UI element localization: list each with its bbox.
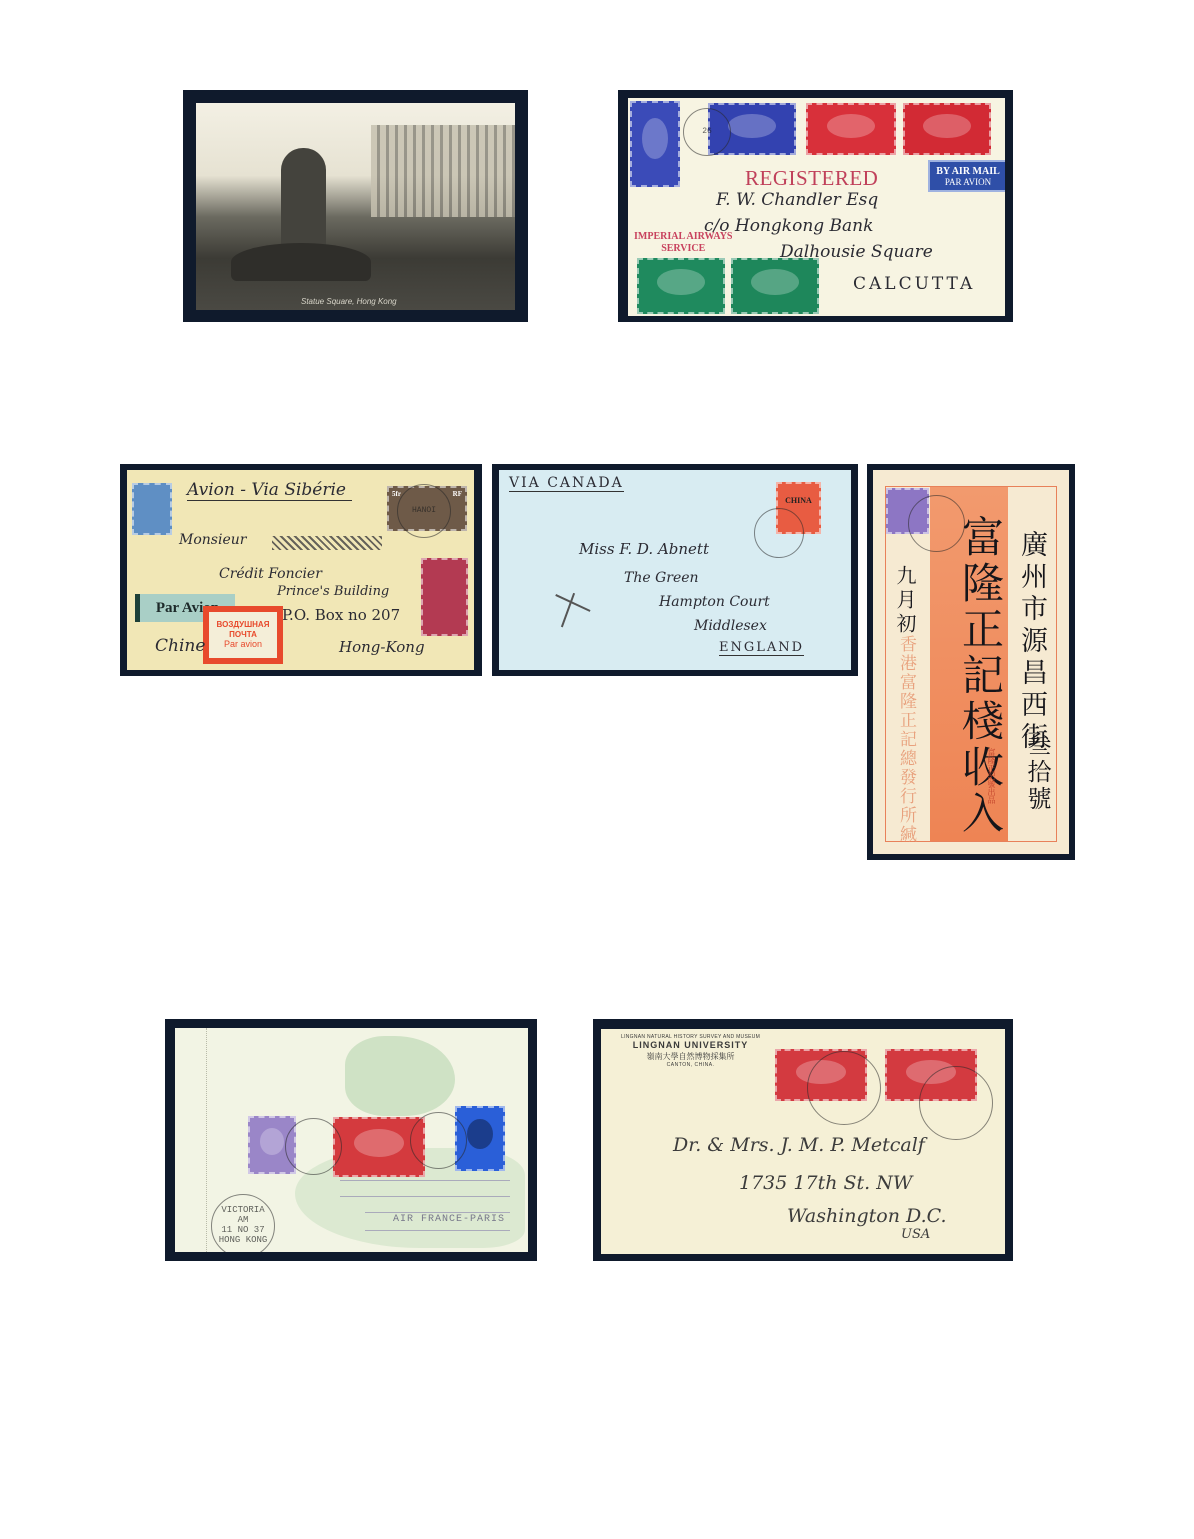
stamp-airmail-france — [421, 558, 468, 636]
monument-base — [231, 243, 371, 281]
address-rule-4 — [365, 1230, 510, 1231]
postmark-2 — [919, 1066, 993, 1140]
stamp-15c-1 — [806, 103, 896, 155]
stamp-5fr-country: RF — [453, 490, 462, 498]
postcard-frame: Statue Square, Hong Kong — [183, 90, 528, 322]
letterhead-line4: CANTON, CHINA. — [621, 1062, 760, 1068]
address-line-1: Miss F. D. Abnett — [579, 540, 709, 558]
address-rule-1 — [340, 1180, 510, 1181]
date-note: 九月初 — [895, 565, 915, 637]
address-line-2: Crédit Foncier — [219, 566, 322, 582]
postmark — [754, 508, 804, 558]
cachet-line1: IMPERIAL AIRWAYS — [634, 231, 732, 243]
postmark-place: HONG KONG — [219, 1236, 268, 1246]
letterhead-line2: LINGNAN UNIVERSITY — [621, 1040, 760, 1051]
monument-dome — [281, 148, 326, 258]
address-line-1: F. W. Chandler Esq — [716, 190, 878, 210]
postmark-1 — [285, 1118, 342, 1175]
printed-sender: 香港富隆正記總發行所緘 — [897, 635, 914, 844]
stamp-25c-vertical — [630, 101, 680, 187]
country-note: Chine — [155, 636, 205, 656]
building-facade — [371, 125, 515, 217]
air-france-cover: VICTORIA AM 11 NO 37 HONG KONG AIR FRANC… — [175, 1028, 528, 1252]
stamp-4c-1 — [637, 258, 725, 314]
stamp-sower — [132, 483, 172, 535]
airmail-label: BY AIR MAIL PAR AVION — [928, 160, 1005, 192]
address-line-4: P.O. Box no 207 — [282, 606, 400, 624]
imperial-airways-cachet: IMPERIAL AIRWAYS SERVICE — [634, 231, 732, 254]
address-text-col-1: 廣州市源昌西街 — [1018, 530, 1045, 754]
air-france-cover-frame: VICTORIA AM 11 NO 37 HONG KONG AIR FRANC… — [165, 1019, 537, 1261]
russian-label-line2: ПОЧТА — [229, 630, 257, 640]
stamp-4c-2 — [731, 258, 819, 314]
postmark-hanoi: HANOI — [397, 484, 451, 538]
lingnan-cover: LINGNAN NATURAL HISTORY SURVEY AND MUSEU… — [601, 1029, 1005, 1254]
routing-note: Avion - Via Sibérie — [187, 480, 352, 501]
postcard-photo: Statue Square, Hong Kong — [196, 103, 515, 310]
postmark-victoria: VICTORIA AM 11 NO 37 HONG KONG — [211, 1194, 275, 1252]
address-line-2: The Green — [624, 570, 699, 586]
address-monsieur: Monsieur — [179, 532, 246, 548]
cachet-line2: SERVICE — [634, 243, 732, 255]
address-line-5: Hong-Kong — [339, 638, 425, 656]
address-text-col-2: 叁拾號 — [1025, 732, 1049, 813]
overprint-text: CHINA — [785, 496, 812, 505]
map-europe-shape — [345, 1036, 455, 1116]
address-rule-2 — [340, 1196, 510, 1197]
airmail-label-line2: PAR AVION — [945, 177, 991, 187]
address-line-4: CALCUTTA — [853, 274, 975, 294]
lingnan-cover-frame: LINGNAN NATURAL HISTORY SURVEY AND MUSEU… — [593, 1019, 1013, 1261]
registered-cover-frame: 26 REGISTERED BY AIR MAIL PAR AVION F. W… — [618, 90, 1013, 322]
siberia-cover-frame: Avion - Via Sibérie 5fr RF HANOI Monsieu… — [120, 464, 482, 676]
address-line-2: 1735 17th St. NW — [739, 1172, 912, 1194]
crossed-out-name — [272, 536, 382, 550]
chinese-cover-frame: 富隆正記棧收入 廣州市源昌西街 叁拾號 九月初 香港富隆正記總發行所緘 富隆正記… — [867, 464, 1075, 860]
stamp-15c-2 — [903, 103, 991, 155]
canada-cover-frame: VIA CANADA CHINA Miss F. D. Abnett The G… — [492, 464, 858, 676]
address-rule-3 — [365, 1212, 510, 1213]
address-line-3: Prince's Building — [277, 584, 389, 599]
address-line-3: Washington D.C. — [787, 1205, 947, 1227]
postmark-2 — [410, 1112, 467, 1169]
address-line-5: ENGLAND — [719, 640, 804, 656]
russian-label-line1: ВОЗДУШНАЯ — [217, 620, 270, 630]
airmail-label-line1: BY AIR MAIL — [936, 166, 1000, 177]
russian-label-line3: Par avion — [224, 639, 262, 650]
postmark-registered: 26 — [683, 108, 731, 156]
perforation-edge — [206, 1028, 207, 1252]
letterhead: LINGNAN NATURAL HISTORY SURVEY AND MUSEU… — [621, 1034, 760, 1068]
address-line-1: Dr. & Mrs. J. M. P. Metcalf — [673, 1134, 925, 1156]
registered-cover: 26 REGISTERED BY AIR MAIL PAR AVION F. W… — [628, 98, 1005, 316]
postcard-caption: Statue Square, Hong Kong — [301, 297, 397, 306]
address-line-4: USA — [901, 1227, 930, 1242]
canada-cover: VIA CANADA CHINA Miss F. D. Abnett The G… — [499, 470, 851, 670]
letterhead-line3: 嶺南大學自然博物採集所 — [621, 1052, 760, 1062]
registered-handstamp: REGISTERED — [745, 166, 878, 191]
postmark-1 — [807, 1051, 881, 1125]
address-line-3: Hampton Court — [659, 594, 770, 610]
address-line-4: Middlesex — [694, 618, 767, 634]
printer-imprint: 富隆正記號出品 — [986, 748, 997, 804]
siberia-cover: Avion - Via Sibérie 5fr RF HANOI Monsieu… — [127, 470, 474, 670]
routing-handstamp: AIR FRANCE-PARIS — [393, 1214, 505, 1225]
routing-note: VIA CANADA — [509, 475, 624, 492]
russian-airmail-label: ВОЗДУШНАЯ ПОЧТА Par avion — [203, 606, 283, 664]
chinese-cover: 富隆正記棧收入 廣州市源昌西街 叁拾號 九月初 香港富隆正記總發行所緘 富隆正記… — [873, 470, 1069, 854]
